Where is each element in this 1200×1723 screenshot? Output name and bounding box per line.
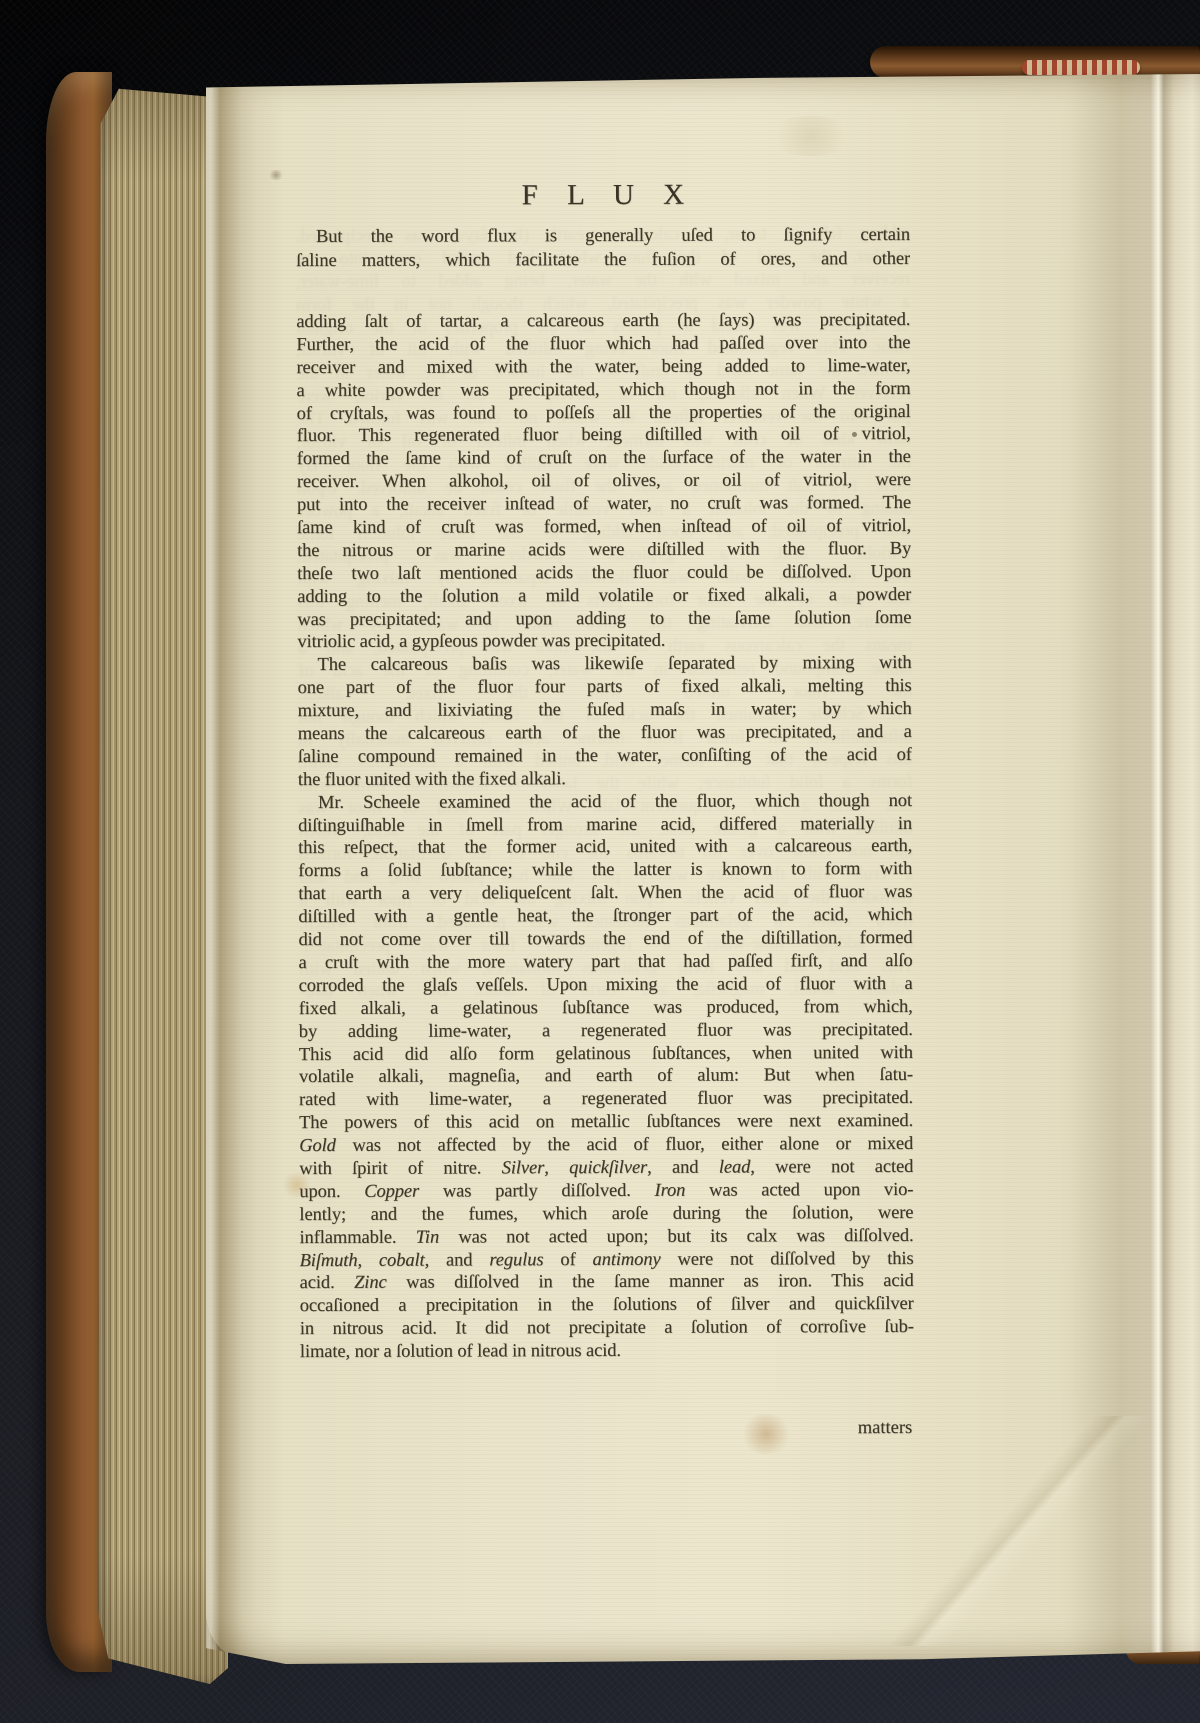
- text-line: rated with lime-water, a regenerated flu…: [299, 1087, 913, 1112]
- gutter-fold: [1070, 74, 1200, 1664]
- text-line: ſaline compound remained in the water, c…: [298, 744, 912, 769]
- text-line: Gold was not affected by the acid of flu…: [299, 1133, 913, 1158]
- text-line: But the word flux is generally uſed to ſ…: [296, 224, 910, 250]
- intro-paragraph: But the word flux is generally uſed to ſ…: [296, 224, 910, 273]
- text-line: with ſpirit of nitre. Silver, quickſilve…: [299, 1156, 913, 1181]
- text-line: The powers of this acid on metallic ſubſ…: [299, 1110, 913, 1135]
- text-line: Mr. Scheele examined the acid of the flu…: [298, 790, 912, 815]
- text-line: The calcareous baſis was likewiſe ſepara…: [297, 652, 911, 677]
- book: adding ſalt of tartar, a calcareous eart…: [0, 0, 1200, 1723]
- text-line: diſtilled with a gentle heat, the ſtrong…: [298, 904, 912, 929]
- text-line: upon. Copper was partly diſſolved. Iron …: [299, 1179, 913, 1204]
- text-line: fixed alkali, a gelatinous ſubſtance was…: [299, 996, 913, 1021]
- text-line: formed the ſame kind of cruſt on the ſur…: [297, 446, 911, 471]
- book-photograph: adding ſalt of tartar, a calcareous eart…: [0, 0, 1200, 1723]
- text-line: put into the receiver inſtead of water, …: [297, 492, 911, 517]
- book-page: adding ſalt of tartar, a calcareous eart…: [206, 74, 1200, 1664]
- text-line: this reſpect, that the former acid, unit…: [298, 835, 912, 860]
- text-line: of cryſtals, was found to poſſeſs all th…: [297, 400, 911, 425]
- text-line: theſe two laſt mentioned acids the fluor…: [297, 561, 911, 586]
- text-line: means the calcareous earth of the fluor …: [298, 721, 912, 746]
- text-line: the fluor united with the fixed alkali.: [298, 767, 912, 792]
- text-line: one part of the fluor four parts of fixe…: [298, 675, 912, 700]
- text-line: in nitrous acid. It did not precipitate …: [300, 1316, 914, 1341]
- text-line: diſtinguiſhable in ſmell from marine aci…: [298, 813, 912, 838]
- text-line: receiver and mixed with the water, being…: [296, 355, 910, 380]
- page-crease: [842, 1416, 1182, 1646]
- text-line: corroded the glaſs veſſels. Upon mixing …: [299, 973, 913, 998]
- text-line: forms a ſolid ſubſtance; while the latte…: [298, 858, 912, 883]
- text-line: was precipitated; and upon adding to the…: [297, 607, 911, 632]
- text-line: ſame kind of cruſt was formed, when inſt…: [297, 515, 911, 540]
- text-line: This acid did alſo form gelatinous ſubſt…: [299, 1041, 913, 1066]
- text-line: by adding lime-water, a regenerated fluo…: [299, 1019, 913, 1044]
- text-line: vitriolic acid, a gypſeous powder was pr…: [297, 629, 911, 654]
- page-edge-highlight: [206, 74, 286, 1664]
- text-line: a cruſt with the more watery part that h…: [298, 950, 912, 975]
- endband: [1022, 60, 1140, 75]
- page-heading: F L U X: [296, 177, 910, 217]
- stain: [268, 170, 284, 180]
- text-line: Further, the acid of the fluor which had…: [296, 332, 910, 357]
- text-line: that earth a very deliqueſcent ſalt. Whe…: [298, 881, 912, 906]
- text-line: a white powder was precipitated, which t…: [296, 378, 910, 403]
- stain: [766, 116, 856, 156]
- text-line: limate, nor a ſolution of lead in nitrou…: [300, 1339, 914, 1364]
- catchword: matters: [300, 1418, 914, 1441]
- text-line: mixture, and lixiviating the fuſed maſs …: [298, 698, 912, 723]
- text-line: Biſmuth, cobalt, and regulus of antimony…: [300, 1247, 914, 1272]
- text-line: adding ſalt of tartar, a calcareous eart…: [296, 309, 910, 334]
- page-text: F L U X But the word flux is generally u…: [296, 177, 914, 1441]
- text-line: volatile alkali, magneſia, and earth of …: [299, 1064, 913, 1089]
- text-line: the nitrous or marine acids were diſtill…: [297, 538, 911, 563]
- text-line: acid. Zinc was diſſolved in the ſame man…: [300, 1270, 914, 1295]
- text-line: adding to the ſolution a mild volatile o…: [297, 584, 911, 609]
- text-line: inflammable. Tin was not acted upon; but…: [299, 1225, 913, 1250]
- text-line: fluor. This regenerated fluor being diſt…: [297, 423, 911, 448]
- text-line: receiver. When alkohol, oil of olives, o…: [297, 469, 911, 494]
- text-line: lently; and the fumes, which aroſe durin…: [299, 1202, 913, 1227]
- text-line: ſaline matters, which facilitate the fuſ…: [296, 247, 910, 273]
- text-line: did not come over till towards the end o…: [298, 927, 912, 952]
- text-line: occaſioned a precipitation in the ſoluti…: [300, 1293, 914, 1318]
- body-paragraphs: adding ſalt of tartar, a calcareous eart…: [296, 309, 914, 1364]
